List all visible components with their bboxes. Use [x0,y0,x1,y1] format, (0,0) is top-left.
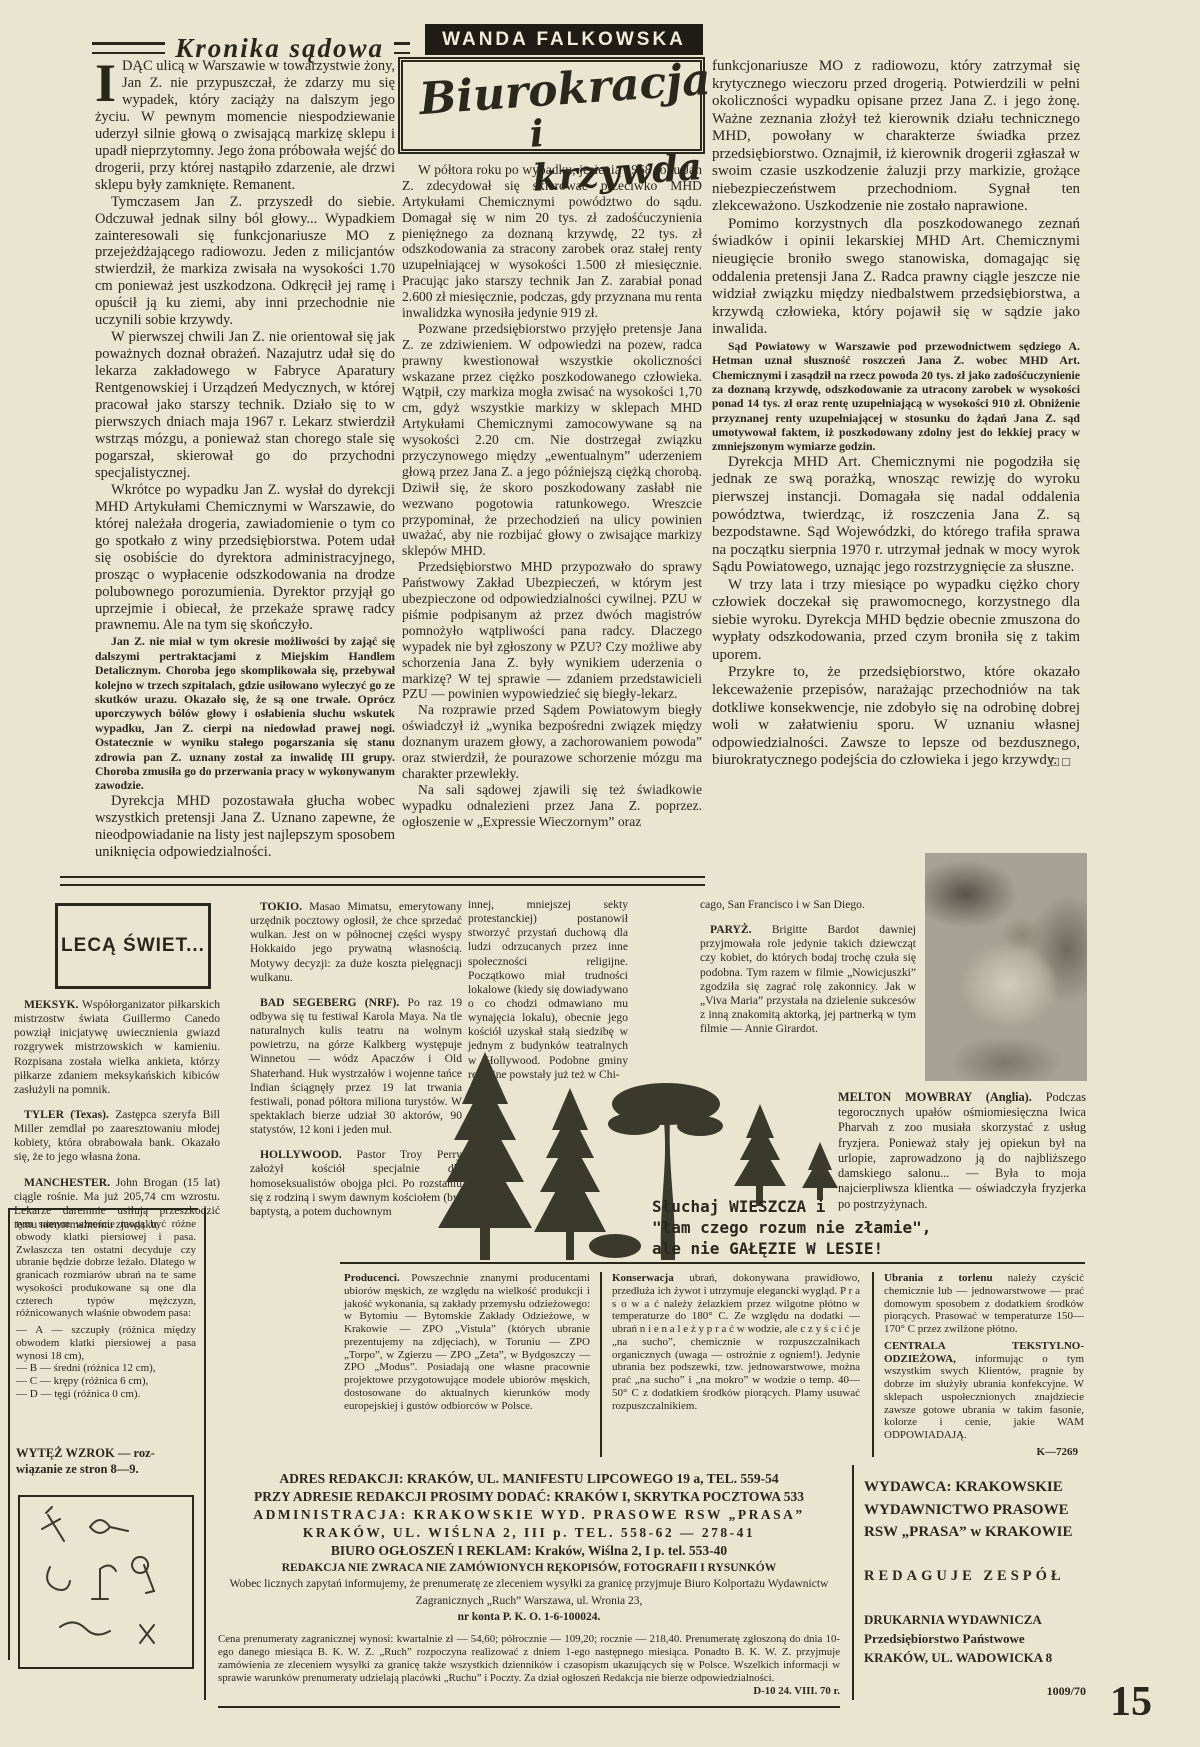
suit-sizes-column: tym samym wzroście mogą być różne obwody… [16,1218,196,1401]
article-column-2: W półtora roku po wypadku, jesienią 1968… [402,162,702,829]
photo-caption-text: Podczas tegorocznych upałów ośmiomiesięc… [838,1090,1086,1211]
newspaper-page: Kronika sądowa WANDA FALKOWSKA Biurokrac… [0,0,1200,1747]
slogan-line1: Słuchaj WIESZCZA i [652,1196,931,1217]
imprint-postbox: PRZY ADRESIE REDAKCJI PROSIMY DODAĆ: KRA… [218,1488,840,1506]
photo-caption: MELTON MOWBRAY (Anglia). Podczas tegoroc… [838,1090,1086,1212]
news-item-continuation-2: cago, San Francisco i w San Diego. [700,898,916,912]
slogan-line3: ale nie GAŁĘZIE W LESIE! [652,1238,931,1259]
imprint-date-code: D-10 24. VIII. 70 r. [753,1685,840,1698]
news-item-meksyk: MEKSYK. Współorganizator piłkarskich mis… [14,998,220,1097]
ad-code: K—7269 [884,1446,1084,1459]
left-section-top-rule [8,1208,198,1210]
imprint-divider-rule [852,1465,854,1700]
puzzle-note: WYTĘŻ WZROK — roz- wiązanie ze stron 8—9… [16,1445,196,1478]
left-frame-rule [8,1208,10,1660]
printer-block: DRUKARNIA WYDAWNICZA Przedsiębiorstwo Pa… [864,1611,1086,1668]
photo-caption-lead: MELTON MOWBRAY (Anglia). [838,1090,1032,1104]
care-column: Konserwacja ubrań, dokonywana prawidłowo… [612,1272,860,1416]
forest-slogan: Słuchaj WIESZCZA i "łam czego rozum nie … [652,1196,931,1259]
imprint-no-returns: REDAKCJA NIE ZWRACA NIE ZAMÓWIONYCH RĘKO… [218,1560,840,1576]
paragraph: W pierwszej chwili Jan Z. nie orientował… [95,329,395,482]
paragraph: Tymczasem Jan Z. przyszedł do siebie. Od… [95,194,395,330]
column-divider-2 [872,1272,874,1457]
printer-line2: Przedsiębiorstwo Państwowe [864,1630,1086,1649]
paragraph: Dyrekcja MHD Art. Chemicznymi nie pogodz… [712,454,1080,577]
size-item-d: — D — tęgi (różnica 0 cm). [16,1388,196,1401]
paragraph: W trzy lata i trzy miesiące po wypadku c… [712,577,1080,665]
imprint-subscription-info: Wobec licznych zapytań informujemy, że p… [218,1576,840,1608]
producers-column: Producenci. Powszechnie znanymi producen… [344,1272,590,1416]
imprint-admin-address: KRAKÓW, UL. WIŚLNA 2, III p. TEL. 558-62… [218,1524,840,1542]
left-divider-rule [204,1208,206,1700]
slogan-line2: "łam czego rozum nie złamie", [652,1217,931,1238]
printer-line1: DRUKARNIA WYDAWNICZA [864,1611,1086,1630]
paragraph: IDĄC ulicą w Warszawie w towarzystwie żo… [95,58,395,194]
article-column-3: funkcjonariusze MO z radiowozu, który za… [712,58,1080,769]
hidden-picture-drawings [18,1495,194,1669]
news-item-paryz: PARYŻ. Brigitte Bardot dawniej przyjmowa… [700,923,916,1036]
torlen-paragraph: Ubrania z torlenu należy czyścić chemicz… [884,1272,1084,1336]
imprint-ads-office: BIURO OGŁOSZEŃ I REKLAM: Kraków, Wiślna … [218,1542,840,1560]
imprint-account: nr konta P. K. O. 1-6-100024. [218,1609,840,1625]
publisher-editors: REDAGUJE ZESPÓŁ [864,1566,1086,1588]
header-rule-right [394,42,410,54]
column-divider-1 [600,1272,602,1457]
publisher-code: 1009/70 [864,1682,1086,1700]
article-column-1: IDĄC ulicą w Warszawie w towarzystwie żo… [95,58,395,861]
care-paragraph: Konserwacja ubrań, dokonywana prawidłowo… [612,1272,860,1412]
paragraph: Pozwane przedsiębiorstwo przyjęło preten… [402,321,702,559]
news-item-tokio: TOKIO. Masao Mimatsu, emerytowany urzędn… [250,900,462,985]
size-item-a: — A — szczupły (różnica między obwodem k… [16,1324,196,1362]
briefs-box-title: LECĄ ŚWIET... [55,903,211,989]
paragraph: Wkrótce po wypadku Jan Z. wysłał do dyre… [95,482,395,635]
paragraph: W półtora roku po wypadku, jesienią 1968… [402,162,702,321]
byline-banner: WANDA FALKOWSKA [425,24,703,55]
paragraph: Przedsiębiorstwo MHD przypozwało do spra… [402,559,702,702]
article-bottom-rule [60,876,705,886]
publisher-line2: WYDAWNICTWO PRASOWE [864,1499,1086,1522]
paragraph: funkcjonariusze MO z radiowozu, który za… [712,58,1080,216]
size-item-c: — C — krępy (różnica 6 cm), [16,1375,196,1388]
news-item-tyler: TYLER (Texas). Zastępca szeryfa Bill Mil… [14,1108,220,1165]
size-item-b: — B — średni (różnica 12 cm), [16,1362,196,1375]
imprint-block: ADRES REDAKCJI: KRAKÓW, UL. MANIFESTU LI… [218,1470,840,1699]
puzzle-doodles [20,1497,188,1663]
page-number: 15 [1110,1678,1152,1726]
imprint-bottom-rule [218,1706,840,1708]
producers-paragraph: Producenci. Powszechnie znanymi producen… [344,1272,590,1412]
publisher-line1: WYDAWCA: KRAKOWSKIE [864,1476,1086,1499]
briefs-column-a: MEKSYK. Współorganizator piłkarskich mis… [14,998,220,1243]
forest-bottom-rule [340,1262,1085,1264]
imprint-administration: ADMINISTRACJA: KRAKOWSKIE WYD. PRASOWE R… [218,1506,840,1524]
torlen-column: Ubrania z torlenu należy czyścić chemicz… [884,1272,1084,1459]
puzzle-note-line1: WYTĘŻ WZROK — roz- [16,1445,196,1461]
paragraph: Dyrekcja MHD pozostawała głucha wobec ws… [95,793,395,861]
publisher-line3: RSW „PRASA” w KRAKOWIE [864,1521,1086,1544]
article-title-box: Biurokracja i krzywda [398,57,705,154]
paragraph-petit: Jan Z. nie miał w tym okresie możliwości… [95,634,395,792]
centrala-paragraph: CENTRALA TEKSTYLNO-ODZIEŻOWA, informując… [884,1340,1084,1442]
paragraph: Przykre to, że przedsiębiorstwo, które o… [712,664,1080,769]
sizes-intro: tym samym wzroście mogą być różne obwody… [16,1218,196,1320]
paragraph-petit: Sąd Powiatowy w Warszawie pod przewodnic… [712,339,1080,454]
imprint-address: ADRES REDAKCJI: KRAKÓW, UL. MANIFESTU LI… [218,1470,840,1488]
puzzle-note-line2: wiązanie ze stron 8—9. [16,1461,196,1477]
briefs-column-d: cago, San Francisco i w San Diego. PARYŻ… [700,898,916,1047]
paragraph: Pomimo korzystnych dla poszkodowanego ze… [712,216,1080,339]
paragraph: Na rozprawie przed Sądem Powiatowym bieg… [402,702,702,781]
drop-cap: I [95,58,122,105]
printer-line3: KRAKÓW, UL. WADOWICKA 8 [864,1649,1086,1668]
publisher-block: WYDAWCA: KRAKOWSKIE WYDAWNICTWO PRASOWE … [864,1476,1086,1700]
lion-photo [925,853,1087,1081]
imprint-small-print: Cena prenumeraty zagranicznej wynosi: kw… [218,1633,840,1686]
paragraph: Na sali sądowej zjawili się też świadkow… [402,782,702,830]
